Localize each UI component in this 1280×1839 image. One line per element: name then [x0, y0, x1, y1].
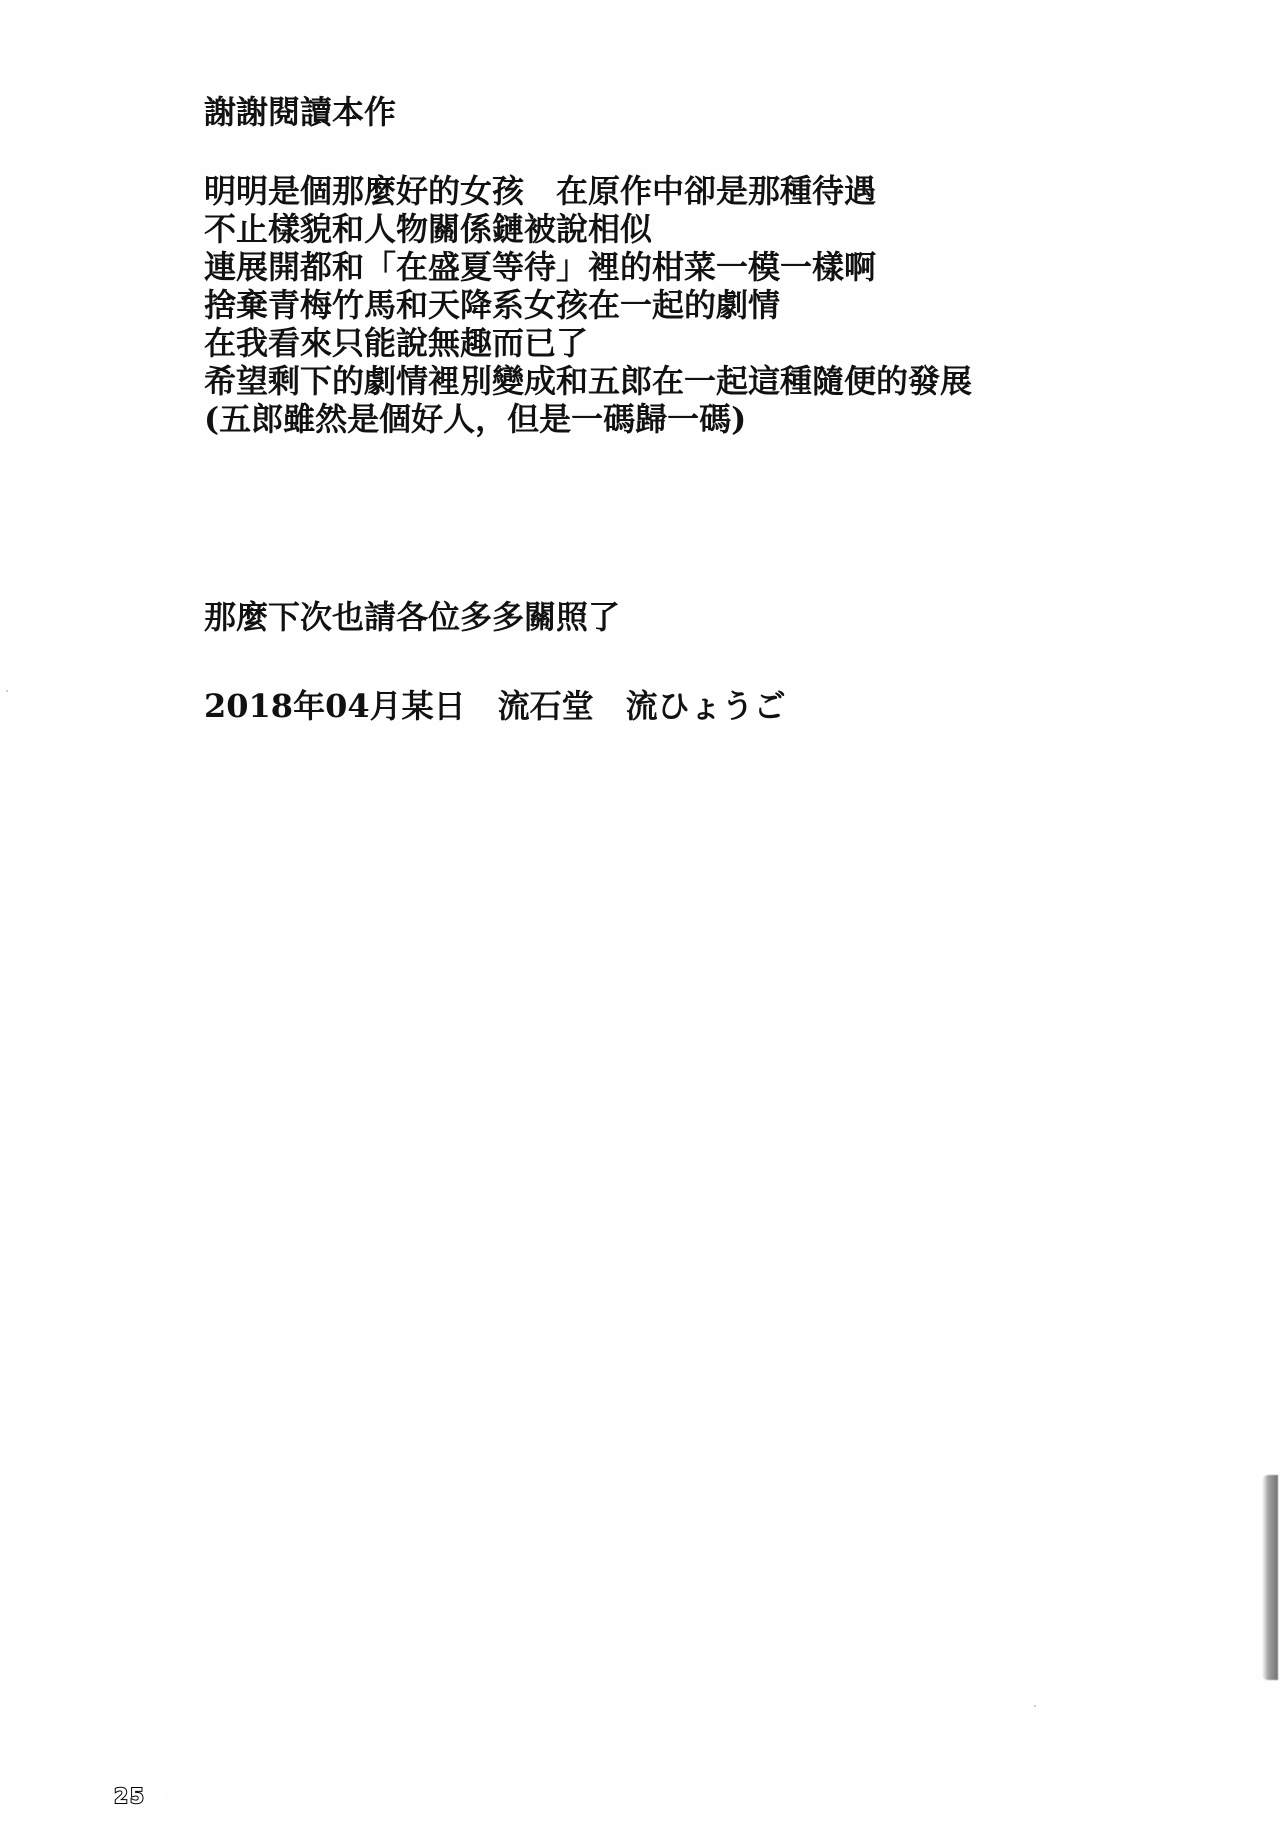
scan-speck: [1034, 1705, 1036, 1707]
scan-speck: [6, 690, 8, 692]
afterword-body: 明明是個那麼好的女孩 在原作中卻是那種待遇 不止樣貌和人物關係鏈被說相似 連展開…: [204, 172, 972, 438]
body-line: 明明是個那麼好的女孩 在原作中卻是那種待遇: [204, 172, 972, 210]
closing-line: 那麼下次也請各位多多關照了: [204, 597, 620, 637]
body-line: (五郎雖然是個好人，但是一碼歸一碼): [204, 400, 972, 438]
body-line: 在我看來只能說無趣而已了: [204, 324, 972, 362]
body-line: 捨棄青梅竹馬和天降系女孩在一起的劇情: [204, 286, 972, 324]
page-number: 25: [96, 1785, 164, 1807]
afterword-title: 謝謝閱讀本作: [204, 92, 396, 132]
scan-edge-artifact: [1262, 1475, 1278, 1680]
signature-line: 2018年04月某日 流石堂 流ひょうご: [204, 686, 786, 726]
body-line: 不止樣貌和人物關係鏈被說相似: [204, 210, 972, 248]
afterword-page: 謝謝閱讀本作 明明是個那麼好的女孩 在原作中卻是那種待遇 不止樣貌和人物關係鏈被…: [0, 0, 1280, 1839]
body-line: 希望剩下的劇情裡別變成和五郎在一起這種隨便的發展: [204, 362, 972, 400]
body-line: 連展開都和「在盛夏等待」裡的柑菜一模一樣啊: [204, 248, 972, 286]
